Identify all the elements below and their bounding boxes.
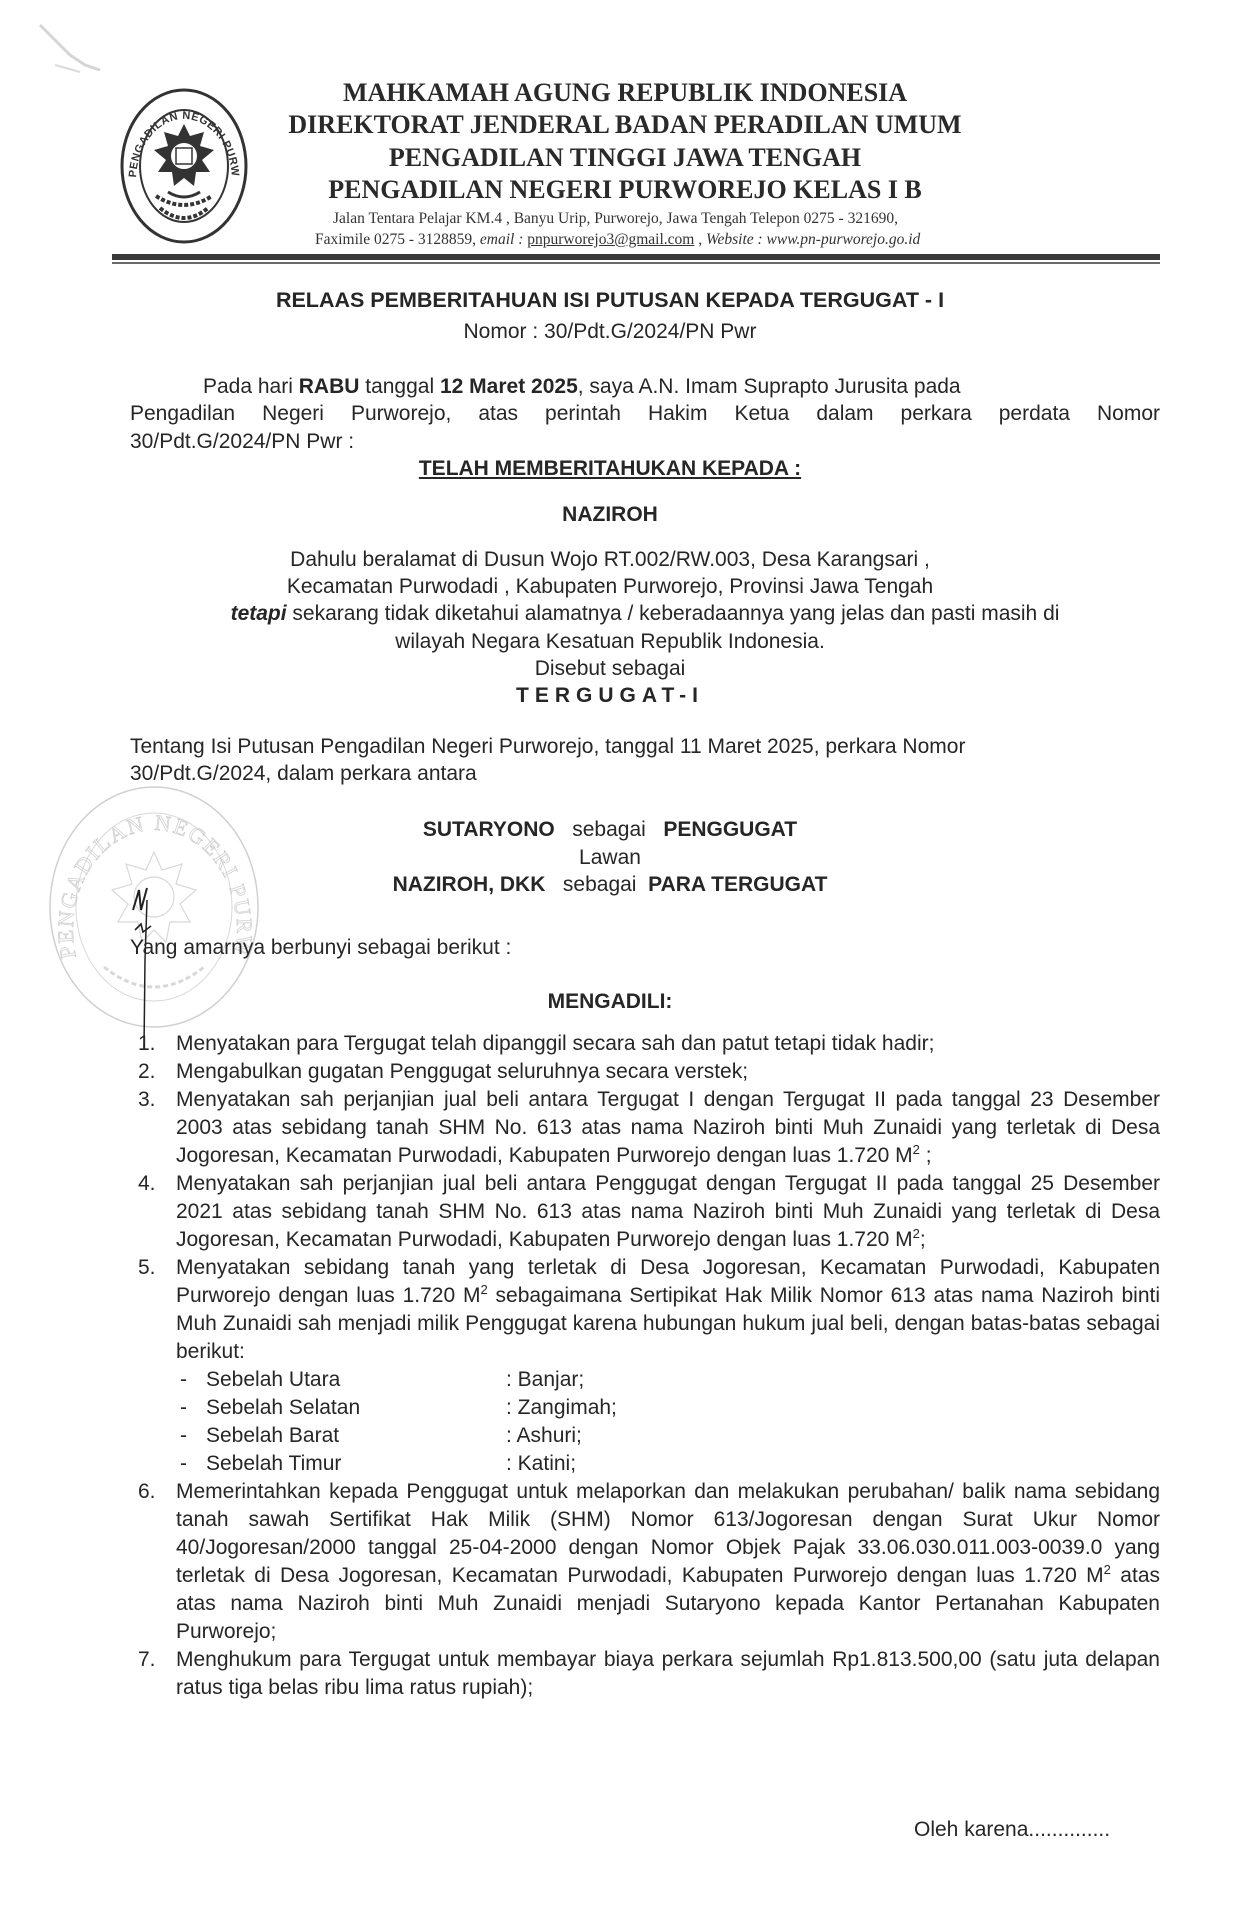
ruling-text-body: Menyatakan para Tergugat telah dipanggil… bbox=[176, 1032, 934, 1055]
opening-text: Pada hari bbox=[203, 375, 299, 398]
letterhead-line-4: PENGADILAN NEGERI PURWOREJO KELAS I B bbox=[230, 175, 1020, 205]
boundary-value: : Katini; bbox=[506, 1450, 576, 1478]
boundary-row: -Sebelah Barat: Ashuri; bbox=[176, 1422, 1160, 1450]
website-label: Website : bbox=[706, 231, 767, 248]
ruling-heading: MENGADILI: bbox=[150, 990, 1070, 1014]
opening-line-3: 30/Pdt.G/2024/PN Pwr : bbox=[130, 430, 354, 454]
boundary-row: -Sebelah Selatan: Zangimah; bbox=[176, 1394, 1160, 1422]
sebagai-text: sebagai bbox=[563, 873, 637, 896]
ruling-text: Menyatakan sah perjanjian jual beli anta… bbox=[176, 1170, 1160, 1254]
scan-smudge bbox=[30, 20, 110, 80]
document-title: RELAAS PEMBERITAHUAN ISI PUTUSAN KEPADA … bbox=[150, 288, 1070, 313]
rulings-list: 1.Menyatakan para Tergugat telah dipangg… bbox=[130, 1030, 1160, 1702]
ruling-item: 3.Menyatakan sah perjanjian jual beli an… bbox=[130, 1086, 1160, 1170]
boundary-value: : Ashuri; bbox=[506, 1422, 582, 1450]
ruling-text: Menghukum para Tergugat untuk membayar b… bbox=[176, 1646, 1160, 1702]
ruling-number: 3. bbox=[138, 1086, 156, 1114]
boundary-side: Sebelah Selatan bbox=[206, 1394, 360, 1422]
ruling-item: 2.Mengabulkan gugatan Penggugat seluruhn… bbox=[130, 1058, 1160, 1086]
defendant-role: PARA TERGUGAT bbox=[648, 873, 827, 896]
continuation-text: Oleh karena.............. bbox=[914, 1818, 1110, 1842]
opening-text: tanggal bbox=[359, 375, 440, 398]
party-versus: Lawan bbox=[150, 846, 1070, 870]
ruling-number: 5. bbox=[138, 1254, 156, 1282]
defendant-name: NAZIROH, DKK bbox=[393, 873, 546, 896]
boundary-bullet: - bbox=[180, 1366, 187, 1394]
superscript: 2 bbox=[480, 1282, 487, 1297]
boundary-value: : Zangimah; bbox=[506, 1394, 617, 1422]
letterhead-rule-thin bbox=[112, 262, 1160, 264]
ruling-item: 7.Menghukum para Tergugat untuk membayar… bbox=[130, 1646, 1160, 1702]
designation-role: TERGUGAT-I bbox=[150, 684, 1070, 708]
boundary-bullet: - bbox=[180, 1422, 187, 1450]
ruling-number: 1. bbox=[138, 1030, 156, 1058]
opening-day: RABU bbox=[299, 375, 360, 398]
ruling-item: 6.Memerintahkan kepada Penggugat untuk m… bbox=[130, 1478, 1160, 1646]
ruling-number: 6. bbox=[138, 1478, 156, 1506]
ruling-intro: Yang amarnya berbunyi sebagai berikut : bbox=[130, 936, 511, 960]
ruling-text: Menyatakan sebidang tanah yang terletak … bbox=[176, 1254, 1160, 1366]
ruling-text-tail: ; bbox=[920, 1228, 926, 1251]
boundary-side: Sebelah Utara bbox=[206, 1366, 340, 1394]
party-defendant: NAZIROH, DKK sebagai PARA TERGUGAT bbox=[150, 873, 1070, 897]
address-text: sekarang tidak diketahui alamatnya / keb… bbox=[287, 602, 1060, 625]
recipient-address-line-2: Kecamatan Purwodadi , Kabupaten Purworej… bbox=[150, 575, 1070, 599]
ruling-number: 2. bbox=[138, 1058, 156, 1086]
superscript: 2 bbox=[913, 1226, 920, 1241]
fax-text: Faximile 0275 - 3128859, bbox=[315, 231, 480, 248]
letterhead-rule-thick bbox=[112, 254, 1160, 260]
ruling-text: Menyatakan para Tergugat telah dipanggil… bbox=[176, 1030, 1160, 1058]
boundary-row: -Sebelah Utara: Banjar; bbox=[176, 1366, 1160, 1394]
boundary-side: Sebelah Timur bbox=[206, 1450, 341, 1478]
email-label: email : bbox=[480, 231, 527, 248]
designation-label: Disebut sebagai bbox=[150, 657, 1070, 681]
boundary-bullet: - bbox=[180, 1450, 187, 1478]
superscript: 2 bbox=[913, 1142, 920, 1157]
opening-line-1: Pada hari RABU tanggal 12 Maret 2025, sa… bbox=[203, 375, 1158, 399]
notification-heading-text: TELAH MEMBERITAHUKAN KEPADA : bbox=[419, 457, 801, 480]
document-number: Nomor : 30/Pdt.G/2024/PN Pwr bbox=[150, 320, 1070, 344]
party-plaintiff: SUTARYONO sebagai PENGGUGAT bbox=[150, 818, 1070, 842]
letterhead-contact: Faximile 0275 - 3128859, email : pnpurwo… bbox=[315, 231, 920, 249]
boundary-row: -Sebelah Timur: Katini; bbox=[176, 1450, 1160, 1478]
ruling-text-tail: ; bbox=[920, 1144, 932, 1167]
ruling-item: 4.Menyatakan sah perjanjian jual beli an… bbox=[130, 1170, 1160, 1254]
boundary-value: : Banjar; bbox=[506, 1366, 584, 1394]
recipient-address-line-1: Dahulu beralamat di Dusun Wojo RT.002/RW… bbox=[150, 548, 1070, 572]
ruling-text: Memerintahkan kepada Penggugat untuk mel… bbox=[176, 1478, 1160, 1646]
recipient-name: NAZIROH bbox=[150, 503, 1070, 527]
plaintiff-name: SUTARYONO bbox=[423, 818, 555, 841]
boundary-side: Sebelah Barat bbox=[206, 1422, 339, 1450]
ruling-text-body: Menghukum para Tergugat untuk membayar b… bbox=[176, 1648, 1160, 1699]
subject-line-1: Tentang Isi Putusan Pengadilan Negeri Pu… bbox=[130, 735, 1160, 759]
recipient-address-line-3: tetapi sekarang tidak diketahui alamatny… bbox=[130, 602, 1160, 626]
letterhead-line-2: DIREKTORAT JENDERAL BADAN PERADILAN UMUM bbox=[230, 110, 1020, 140]
separator: , bbox=[694, 231, 706, 248]
opening-text: , saya A.N. Imam Suprapto Jurusita pada bbox=[578, 375, 961, 398]
ruling-text-body: Mengabulkan gugatan Penggugat seluruhnya… bbox=[176, 1060, 748, 1083]
opening-line-2: Pengadilan Negeri Purworejo, atas perint… bbox=[130, 402, 1160, 426]
recipient-address-line-4: wilayah Negara Kesatuan Republik Indones… bbox=[150, 630, 1070, 654]
ruling-text: Menyatakan sah perjanjian jual beli anta… bbox=[176, 1086, 1160, 1170]
superscript: 2 bbox=[1104, 1562, 1111, 1577]
email-link[interactable]: pnpurworejo3@gmail.com bbox=[527, 231, 694, 248]
ruling-item: 1.Menyatakan para Tergugat telah dipangg… bbox=[130, 1030, 1160, 1058]
sebagai-text: sebagai bbox=[572, 818, 646, 841]
ruling-text-body: Menyatakan sah perjanjian jual beli anta… bbox=[176, 1172, 1160, 1251]
emphasis-tetapi: tetapi bbox=[231, 602, 287, 625]
ruling-item: 5.Menyatakan sebidang tanah yang terleta… bbox=[130, 1254, 1160, 1366]
notification-heading: TELAH MEMBERITAHUKAN KEPADA : bbox=[150, 457, 1070, 481]
ruling-number: 7. bbox=[138, 1646, 156, 1674]
letterhead-address: Jalan Tentara Pelajar KM.4 , Banyu Urip,… bbox=[333, 210, 898, 228]
letterhead-line-3: PENGADILAN TINGGI JAWA TENGAH bbox=[230, 143, 1020, 173]
ruling-text-body: Menyatakan sah perjanjian jual beli anta… bbox=[176, 1088, 1160, 1167]
opening-date: 12 Maret 2025 bbox=[440, 375, 578, 398]
website-link[interactable]: www.pn-purworejo.go.id bbox=[767, 231, 921, 248]
plaintiff-role: PENGGUGAT bbox=[663, 818, 797, 841]
ruling-text: Mengabulkan gugatan Penggugat seluruhnya… bbox=[176, 1058, 1160, 1086]
signature-mark-icon bbox=[125, 880, 165, 1050]
boundaries-list: -Sebelah Utara: Banjar;-Sebelah Selatan:… bbox=[130, 1366, 1160, 1478]
letterhead-line-1: MAHKAMAH AGUNG REPUBLIK INDONESIA bbox=[230, 78, 1020, 108]
ruling-text-body: Memerintahkan kepada Penggugat untuk mel… bbox=[176, 1480, 1160, 1587]
ruling-number: 4. bbox=[138, 1170, 156, 1198]
boundary-bullet: - bbox=[180, 1394, 187, 1422]
